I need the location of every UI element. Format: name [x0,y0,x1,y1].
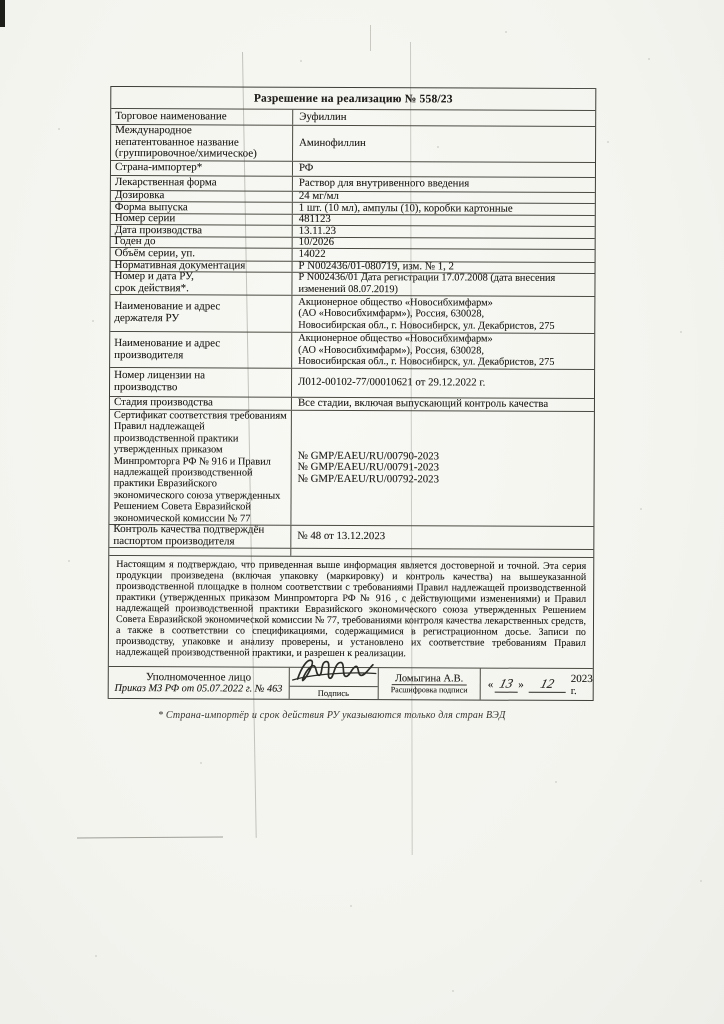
signature-cell: Подпись [289,668,378,699]
row-production-stage: Стадия производства Все стадии, включая … [110,396,594,411]
scan-corner-mark [0,0,5,27]
pencil-line [77,836,223,838]
row-inn: Международноенепатентованное название(гр… [111,124,595,162]
row-value: Акционерное общество «Новосибхимфарм»(АО… [292,333,594,369]
handwritten-month: 12 [539,676,556,692]
row-manufacturer: Наименование и адреспроизводителя Акцион… [110,331,594,369]
row-value: № GMP/EAEU/RU/00790-2023№ GMP/EAEU/RU/00… [291,411,593,526]
row-value: Л012-00102-77/00010621 от 29.12.2022 г. [292,369,594,398]
date-year: 2023 г. [571,672,593,696]
row-label: Наименование и адреспроизводителя [110,332,292,368]
row-value: Акционерное общество «Новосибхимфарм»(АО… [292,296,594,333]
row-importer-country: Страна-импортер* РФ [111,160,595,177]
row-ru-number-date: Номер и дата РУ,срок действия*. Р N00243… [110,271,594,296]
row-value: 481123 [293,215,595,226]
row-label: Годен до [111,237,293,248]
row-value: РФ [293,162,595,177]
row-label: Номер лицензии напроизводство [110,368,292,397]
signature-row: Уполномоченное лицо Приказ МЗ РФ от 05.0… [109,666,593,700]
quote-close: » [518,678,524,690]
row-value: Р N002436/01 Дата регистрации 17.07.2008… [292,273,594,296]
table-header-row: Разрешение на реализацию № 558/23 [111,87,595,110]
row-label: Наименование и адресдержателя РУ [110,295,292,332]
handwritten-day: 13 [497,676,514,692]
authorized-person-title: Уполномоченное лицо [109,671,289,684]
row-value: Аминофиллин [293,126,595,162]
quote-open: « [488,678,494,690]
release-authorization-table: Разрешение на реализацию № 558/23 Торгов… [108,86,597,701]
signature-name-cell: Ломыгина А.В. Расшифровка подписи [378,668,480,699]
row-label: Торговое наименование [111,109,293,125]
authorized-person-cell: Уполномоченное лицо Приказ МЗ РФ от 05.0… [109,667,290,699]
row-license-number: Номер лицензии напроизводство Л012-00102… [110,367,594,398]
date-cell: «13»122023 г. [481,669,593,700]
footnote: * Страна-импортёр и срок действия РУ ука… [158,710,506,721]
row-label: Страна-импортер* [111,161,293,176]
scan-scratch [370,25,371,51]
signer-name-label: Расшифровка подписи [391,685,468,694]
scanned-page: Разрешение на реализацию № 558/23 Торгов… [0,0,724,1024]
authorized-person-order: Приказ МЗ РФ от 05.07.2022 г. № 463 [109,683,289,695]
row-value: Эуфиллин [293,110,595,126]
row-value: № 48 от 13.12.2023 [291,526,593,549]
row-value: 10/2026 [293,238,595,249]
doc-title: Разрешение на реализацию № 558/23 [254,92,453,105]
row-gmp-certificates: Сертификат соответствия требованиям Прав… [109,409,593,526]
row-trade-name: Торговое наименование Эуфиллин [111,108,595,126]
row-ru-holder: Наименование и адресдержателя РУ Акционе… [110,294,594,333]
signer-name: Ломыгина А.В. [392,673,466,685]
signature-scribble [289,652,377,689]
row-label: Международноенепатентованное название(гр… [111,125,293,161]
row-quality-control: Контроль качества подтверждёнпаспортом п… [109,524,593,549]
row-label: Сертификат соответствия требованиям Прав… [109,410,291,525]
row-label: Номер и дата РУ,срок действия*. [110,272,292,295]
row-label: Стадия производства [110,397,292,410]
row-value: Все стадии, включая выпускающий контроль… [292,398,594,411]
row-label: Контроль качества подтверждёнпаспортом п… [109,525,291,548]
